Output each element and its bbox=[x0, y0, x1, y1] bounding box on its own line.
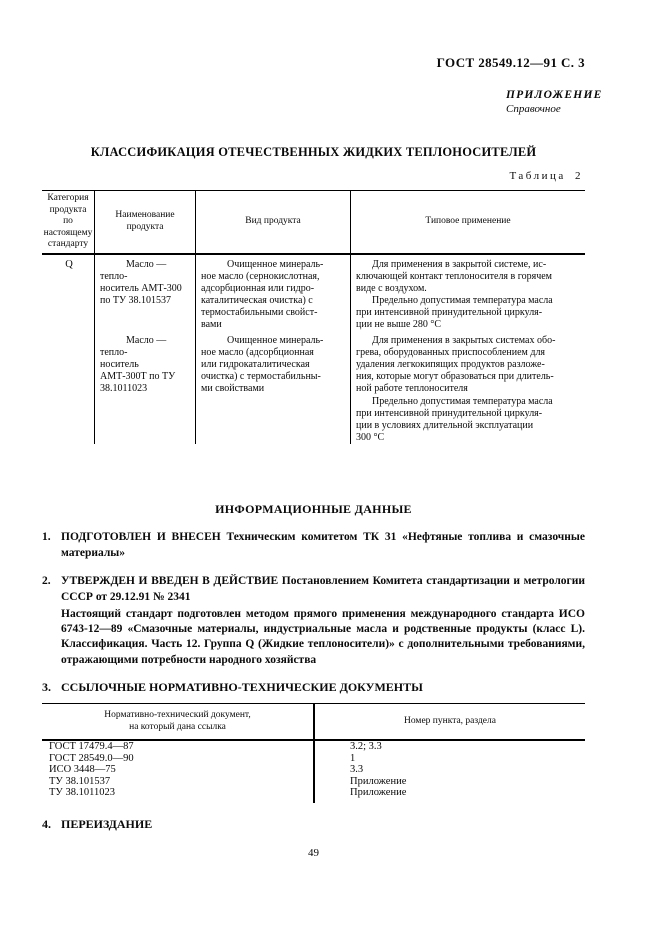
header-product-name: Наименование продукта bbox=[94, 191, 195, 253]
info-item-1: 1. ПОДГОТОВЛЕН И ВНЕСЕН Техническим коми… bbox=[42, 530, 585, 561]
table-row: ГОСТ 28549.0—90 1 bbox=[42, 753, 585, 765]
section-3-heading: 3. ССЫЛОЧНЫЕ НОРМАТИВНО-ТЕХНИЧЕСКИЕ ДОКУ… bbox=[42, 680, 585, 694]
page-number: 49 bbox=[42, 847, 585, 859]
table-row-spacer bbox=[42, 799, 585, 803]
table-caption: Таблица 2 bbox=[42, 170, 585, 182]
cell-product-kind: Очищенное минераль- ное масло (сернокисл… bbox=[195, 255, 350, 332]
info-section-heading: ИНФОРМАЦИОННЫЕ ДАННЫЕ bbox=[42, 502, 585, 517]
header-category: Категория продукта по настоящему стандар… bbox=[42, 191, 94, 253]
table-row: ТУ 38.101537 Приложение bbox=[42, 776, 585, 788]
classification-table-header-row: Категория продукта по настоящему стандар… bbox=[42, 191, 585, 255]
table-row: Q Масло — тепло- носитель АМТ-300 по ТУ … bbox=[42, 255, 585, 332]
cell-category-empty bbox=[42, 331, 94, 444]
cell-product-name: Масло — тепло- носитель АМТ-300Т по ТУ 3… bbox=[94, 331, 195, 444]
cell-reference: 3.2; 3.3 bbox=[313, 741, 585, 753]
table-row: ИСО 3448—75 3.3 bbox=[42, 764, 585, 776]
info-paragraph: Настоящий стандарт подготовлен методом п… bbox=[42, 607, 585, 668]
table-row: ГОСТ 17479.4—87 3.2; 3.3 bbox=[42, 741, 585, 753]
item-number: 3. bbox=[42, 680, 51, 694]
cell-document: ГОСТ 17479.4—87 bbox=[42, 741, 313, 753]
cell-product-kind: Очищенное минераль- ное масло (адсорбцио… bbox=[195, 331, 350, 444]
references-table: Нормативно-технический документ, на кото… bbox=[42, 703, 585, 803]
cell-document: ТУ 38.101537 bbox=[42, 776, 313, 788]
cell-application: Для применения в закрытой системе, ис- к… bbox=[350, 255, 585, 332]
header-reference-document: Нормативно-технический документ, на кото… bbox=[42, 704, 313, 739]
cell-category: Q bbox=[42, 255, 94, 332]
header-reference-section: Номер пункта, раздела bbox=[313, 704, 585, 739]
item-text: УТВЕРЖДЕН И ВВЕДЕН В ДЕЙСТВИЕ Постановле… bbox=[61, 575, 585, 603]
item-text: ПЕРЕИЗДАНИЕ bbox=[61, 817, 152, 831]
annex-label: ПРИЛОЖЕНИЕ bbox=[506, 89, 602, 101]
running-header: ГОСТ 28549.12—91 С. 3 bbox=[42, 55, 585, 71]
application-paragraph: Для применения в закрытой системе, ис- к… bbox=[356, 259, 582, 295]
document-title: КЛАССИФИКАЦИЯ ОТЕЧЕСТВЕННЫХ ЖИДКИХ ТЕПЛО… bbox=[42, 145, 585, 160]
application-paragraph: Для применения в закрытых системах обо- … bbox=[356, 335, 582, 395]
cell-application: Для применения в закрытых системах обо- … bbox=[350, 331, 585, 444]
document-page: ГОСТ 28549.12—91 С. 3 ПРИЛОЖЕНИЕ Справоч… bbox=[0, 0, 661, 936]
cell-document: ИСО 3448—75 bbox=[42, 764, 313, 776]
item-number: 4. bbox=[42, 817, 51, 831]
annex-type: Справочное bbox=[506, 103, 602, 115]
annex-block: ПРИЛОЖЕНИЕ Справочное bbox=[506, 89, 602, 115]
cell-reference: 3.3 bbox=[313, 764, 585, 776]
item-text: ПОДГОТОВЛЕН И ВНЕСЕН Техническим комитет… bbox=[61, 531, 585, 559]
header-typical-application: Типовое применение bbox=[350, 191, 585, 253]
cell-reference: Приложение bbox=[313, 776, 585, 788]
item-text: ССЫЛОЧНЫЕ НОРМАТИВНО-ТЕХНИЧЕСКИЕ ДОКУМЕН… bbox=[61, 680, 423, 694]
classification-table: Категория продукта по настоящему стандар… bbox=[42, 190, 585, 444]
cell-reference: Приложение bbox=[313, 787, 585, 799]
table-row: ТУ 38.1011023 Приложение bbox=[42, 787, 585, 799]
references-table-header-row: Нормативно-технический документ, на кото… bbox=[42, 704, 585, 741]
info-item-2: 2. УТВЕРЖДЕН И ВВЕДЕН В ДЕЙСТВИЕ Постано… bbox=[42, 574, 585, 605]
table-row: Масло — тепло- носитель АМТ-300Т по ТУ 3… bbox=[42, 331, 585, 444]
cell-product-name: Масло — тепло- носитель АМТ-300 по ТУ 38… bbox=[94, 255, 195, 332]
item-number: 1. bbox=[42, 530, 51, 546]
item-number: 2. bbox=[42, 574, 51, 590]
application-paragraph: Предельно допустимая температура масла п… bbox=[356, 396, 582, 444]
application-paragraph: Предельно допустимая температура масла п… bbox=[356, 295, 582, 331]
header-product-kind: Вид продукта bbox=[195, 191, 350, 253]
cell-reference: 1 bbox=[313, 753, 585, 765]
cell-document: ГОСТ 28549.0—90 bbox=[42, 753, 313, 765]
cell-document: ТУ 38.1011023 bbox=[42, 787, 313, 799]
section-4-heading: 4. ПЕРЕИЗДАНИЕ bbox=[42, 817, 585, 831]
